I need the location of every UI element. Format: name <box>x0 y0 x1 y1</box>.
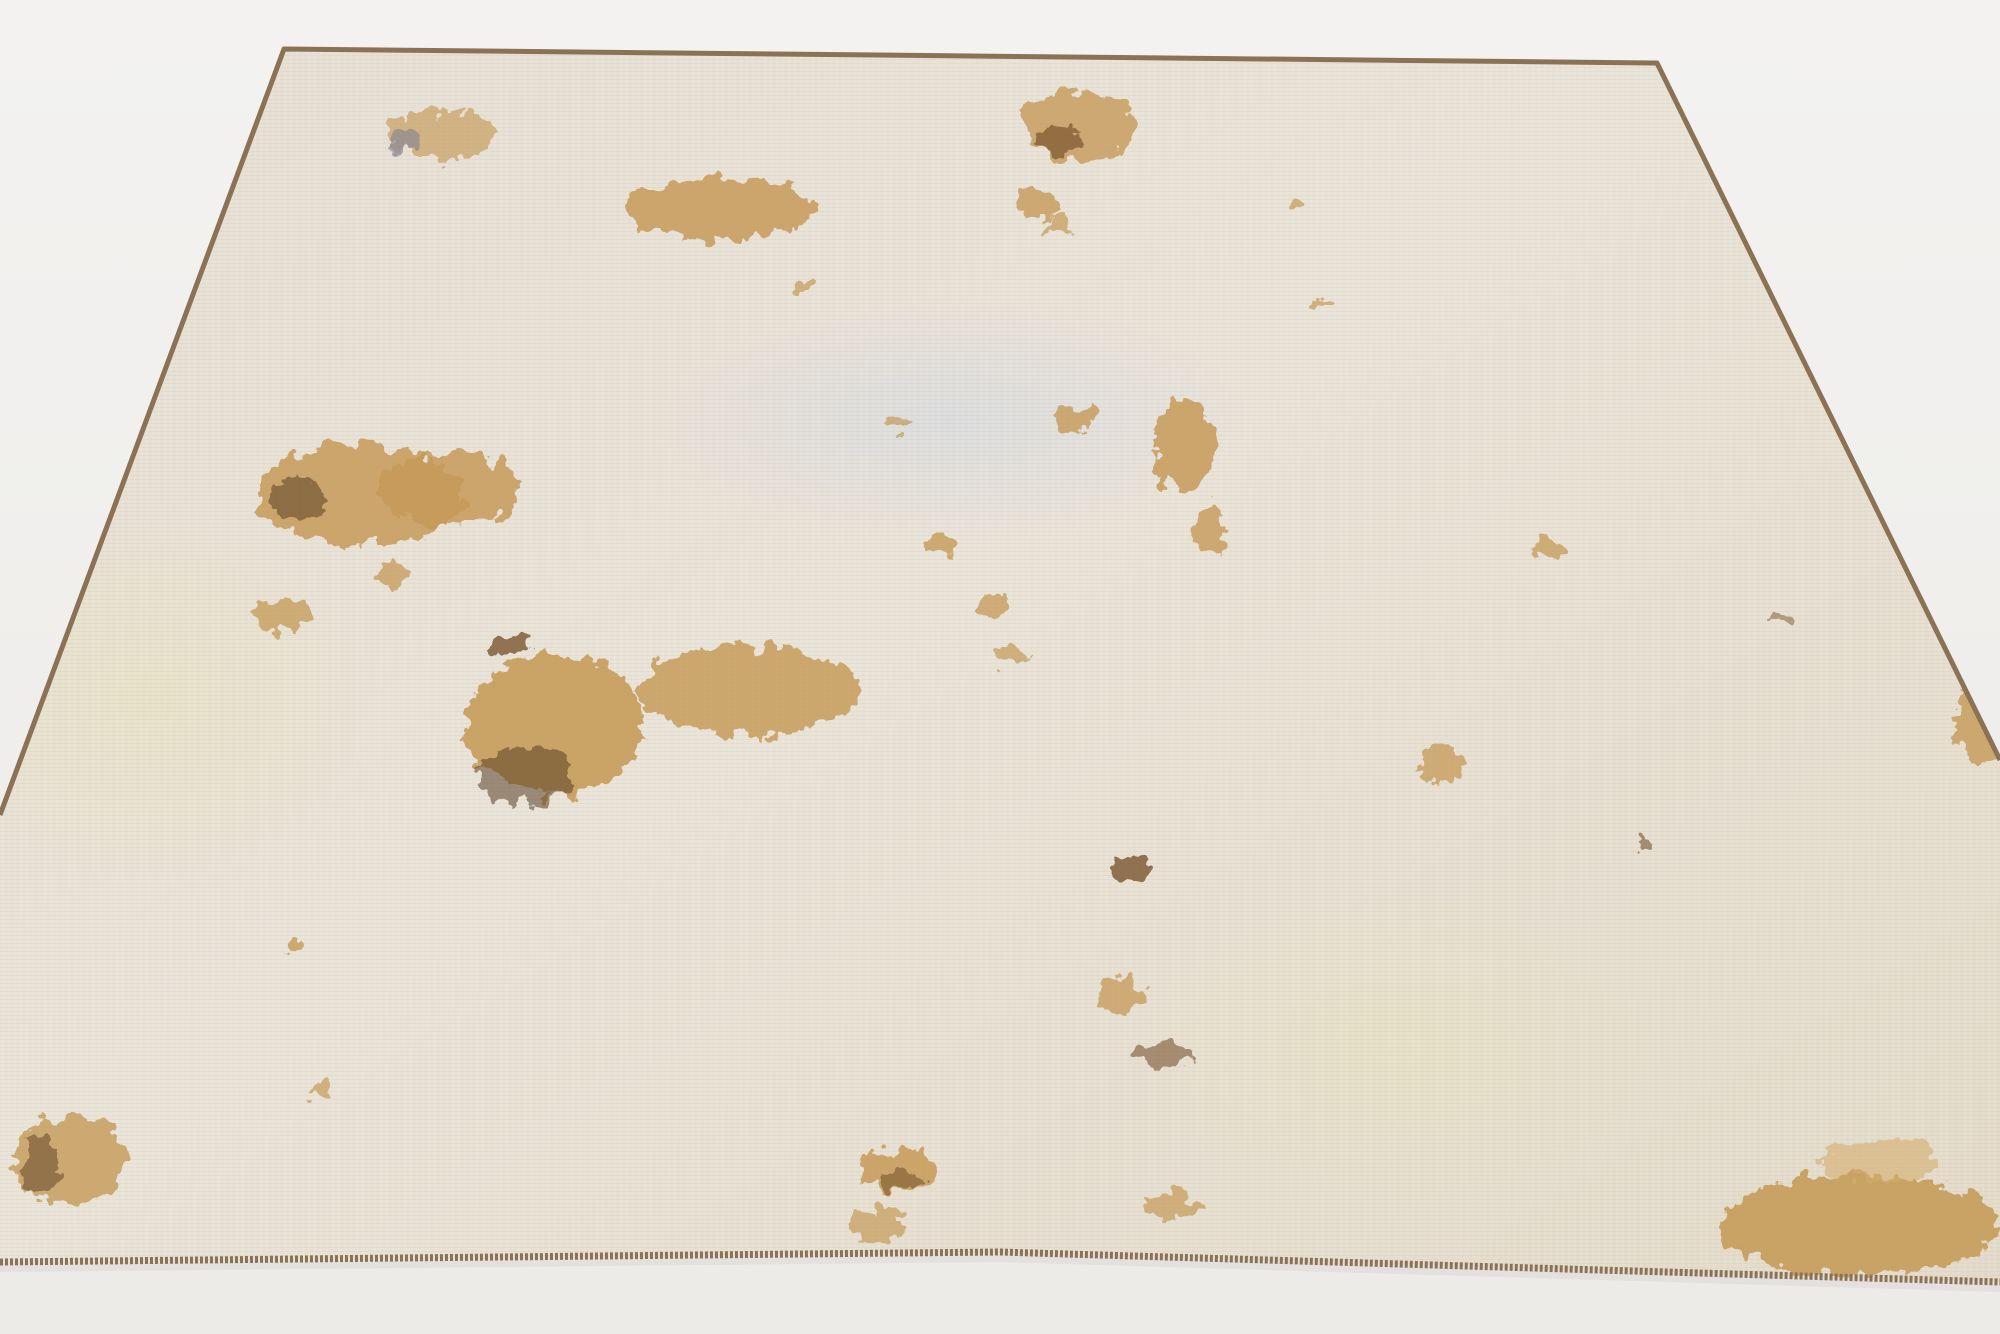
patch-lower-center3 <box>1135 1043 1195 1067</box>
patch-lower-center2 <box>1095 979 1145 1011</box>
patch-bottom-center-low <box>850 1211 910 1239</box>
patch-left-large-2 <box>380 452 520 528</box>
patch-left-tail2 <box>377 563 413 587</box>
patch-bottom-left-dark <box>22 1135 58 1195</box>
patch-center-dot1 <box>1055 406 1095 434</box>
patch-small-4 <box>883 418 907 432</box>
patch-upper-center <box>625 178 815 238</box>
patch-bottom-right-top <box>1820 1138 1940 1182</box>
rug <box>0 0 2000 1334</box>
patch-small-6 <box>306 1084 334 1096</box>
patch-top-left-dark <box>387 126 423 154</box>
patch-center-column-drip <box>1196 502 1224 558</box>
patch-left-tail1 <box>252 599 308 631</box>
rug-photo <box>0 0 2000 1334</box>
patch-right-dot2 <box>1418 741 1462 785</box>
patch-small-8 <box>1770 613 1790 627</box>
patch-mid-stroke <box>490 636 534 654</box>
patch-center-dot3 <box>977 593 1013 617</box>
patch-left-large-dark <box>272 478 328 522</box>
patch-center-dot4 <box>994 645 1026 665</box>
patch-bottom-right <box>1720 1175 2000 1275</box>
patch-center-dot2 <box>926 535 954 555</box>
patch-lower-center1 <box>1110 858 1150 878</box>
patch-right-dot1 <box>1532 538 1568 562</box>
patch-mid-large-dark <box>475 747 575 803</box>
patch-top-center-dark <box>1038 126 1082 154</box>
patch-small-3 <box>1310 299 1330 311</box>
patch-mid-large-right <box>640 645 860 735</box>
patch-top-center <box>1025 90 1135 160</box>
patch-bottom-center-dark <box>875 1170 925 1190</box>
patch-center-column <box>1153 400 1217 490</box>
patch-bottom-center-right <box>1145 1191 1195 1219</box>
patch-small-2 <box>795 279 815 291</box>
patch-small-5 <box>287 939 303 951</box>
patch-top-center-drip2 <box>1046 215 1074 235</box>
patch-small-1 <box>1292 200 1308 210</box>
patch-top-center-drip1 <box>1018 191 1062 219</box>
patch-small-9 <box>1635 839 1655 851</box>
